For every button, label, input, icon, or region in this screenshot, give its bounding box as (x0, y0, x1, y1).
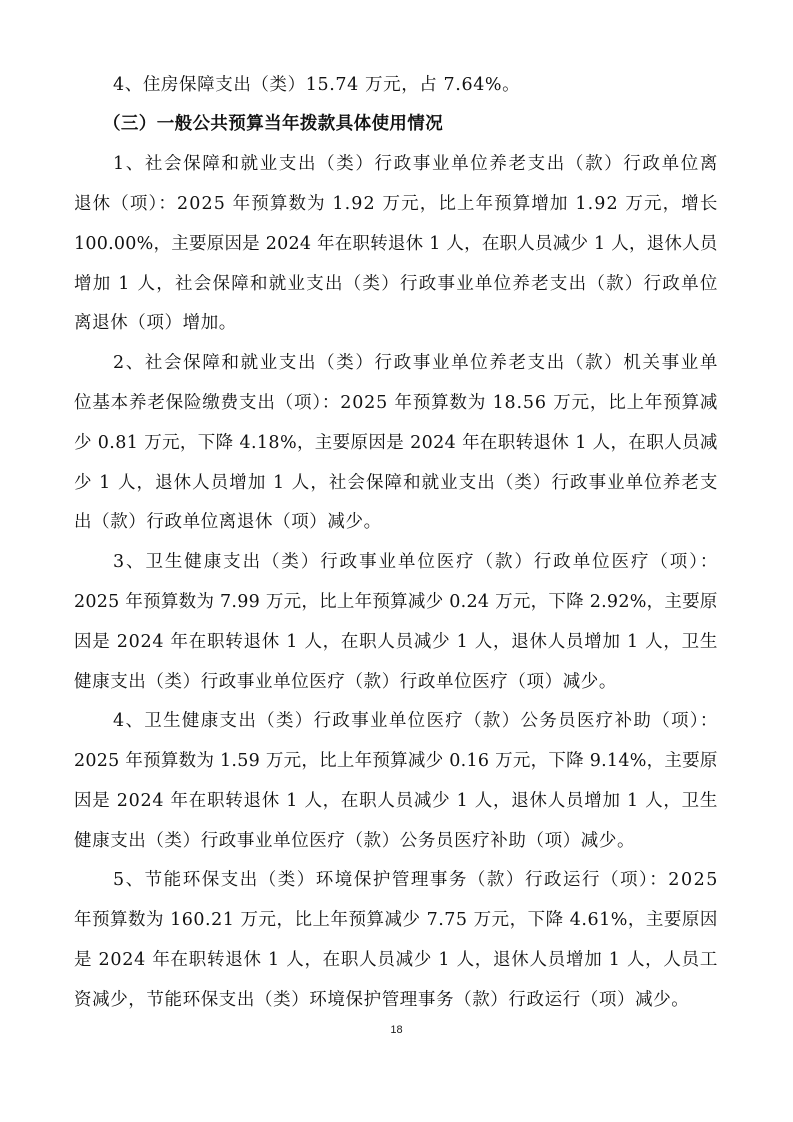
paragraph-line: 4、卫生健康支出（类）行政事业单位医疗（款）公务员医疗补助（项）： (113, 713, 719, 731)
paragraph-line: 4、住房保障支出（类）15.74 万元，占 7.64%。 (113, 77, 520, 95)
paragraph-line: 少 1 人，退休人员增加 1 人，社会保障和就业支出（类）行政事业单位养老支 (74, 475, 718, 493)
paragraph-line: 健康支出（类）行政事业单位医疗（款）公务员医疗补助（项）减少。 (74, 833, 635, 851)
paragraph-line: 5、节能环保支出（类）环境保护管理事务（款）行政运行（项）：2025 (113, 872, 719, 890)
section-heading: （三）一般公共预算当年拨款具体使用情况 (103, 116, 443, 134)
paragraph-line: 少 0.81 万元，下降 4.18%，主要原因是 2024 年在职转退休 1 人… (74, 435, 718, 453)
paragraph-line: 是 2024 年在职转退休 1 人，在职人员减少 1 人，退休人员增加 1 人，… (74, 952, 718, 970)
paragraph-line: 2025 年预算数为 1.59 万元，比上年预算减少 0.16 万元，下降 9.… (74, 753, 718, 771)
paragraph-line: 2025 年预算数为 7.99 万元，比上年预算减少 0.24 万元，下降 2.… (74, 594, 718, 612)
paragraph-line: 因是 2024 年在职转退休 1 人，在职人员减少 1 人，退休人员增加 1 人… (74, 793, 718, 811)
paragraph-line: 健康支出（类）行政事业单位医疗（款）行政单位医疗（项）减少。 (74, 674, 617, 692)
paragraph-line: 3、卫生健康支出（类）行政事业单位医疗（款）行政单位医疗（项）： (113, 554, 719, 572)
paragraph-line: 增加 1 人，社会保障和就业支出（类）行政事业单位养老支出（款）行政单位 (74, 276, 719, 294)
page-number: 18 (0, 1024, 793, 1036)
document-page: 4、住房保障支出（类）15.74 万元，占 7.64%。（三）一般公共预算当年拨… (0, 0, 793, 1122)
paragraph-line: 资减少，节能环保支出（类）环境保护管理事务（款）行政运行（项）减少。 (74, 992, 689, 1010)
paragraph-line: 年预算数为 160.21 万元，比上年预算减少 7.75 万元，下降 4.61%… (74, 912, 718, 930)
paragraph-line: 因是 2024 年在职转退休 1 人，在职人员减少 1 人，退休人员增加 1 人… (74, 634, 718, 652)
paragraph-line: 出（款）行政单位离退休（项）减少。 (74, 514, 382, 532)
paragraph-line: 退休（项）：2025 年预算数为 1.92 万元，比上年预算增加 1.92 万元… (74, 196, 719, 214)
paragraph-line: 1、社会保障和就业支出（类）行政事业单位养老支出（款）行政单位离 (113, 156, 719, 174)
paragraph-line: 2、社会保障和就业支出（类）行政事业单位养老支出（款）机关事业单 (113, 355, 719, 373)
paragraph-line: 离退休（项）增加。 (74, 315, 237, 333)
paragraph-line: 100.00%，主要原因是 2024 年在职转退休 1 人，在职人员减少 1 人… (74, 236, 718, 254)
paragraph-line: 位基本养老保险缴费支出（项）：2025 年预算数为 18.56 万元，比上年预算… (74, 395, 718, 413)
